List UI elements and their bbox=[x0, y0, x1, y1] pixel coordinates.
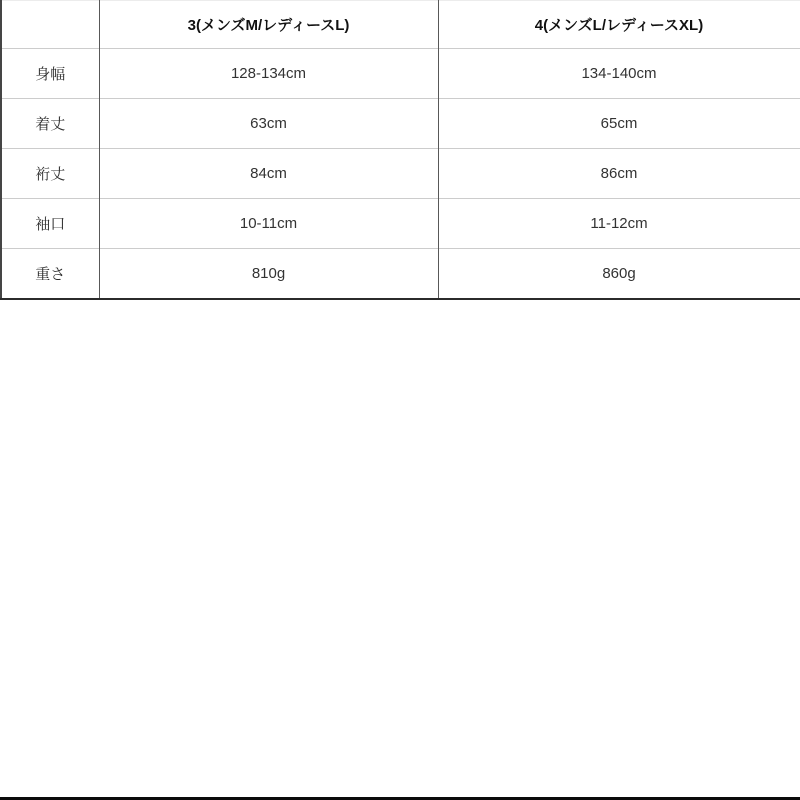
table-row-cuff: 袖口 10-11cm 11-12cm bbox=[1, 199, 800, 249]
size-table-body: 身幅 128-134cm 134-140cm 着丈 63cm 65cm 裄丈 8… bbox=[1, 49, 800, 300]
table-row-length: 着丈 63cm 65cm bbox=[1, 99, 800, 149]
cell-weight-size4: 860g bbox=[438, 249, 800, 300]
cell-sleeve-length-size4: 86cm bbox=[438, 149, 800, 199]
cell-cuff-size3: 10-11cm bbox=[99, 199, 438, 249]
header-row: 3(メンズM/レディースL) 4(メンズL/レディースXL) bbox=[1, 1, 800, 49]
header-size3-cell: 3(メンズM/レディースL) bbox=[99, 1, 438, 49]
size-chart-image: 3(メンズM/レディースL) 4(メンズL/レディースXL) 身幅 128-13… bbox=[0, 0, 800, 800]
cell-length-size4: 65cm bbox=[438, 99, 800, 149]
cell-body-width-size4: 134-140cm bbox=[438, 49, 800, 99]
size-spec-table: 3(メンズM/レディースL) 4(メンズL/レディースXL) 身幅 128-13… bbox=[0, 0, 800, 300]
row-label-cuff: 袖口 bbox=[1, 199, 99, 249]
table-row-body-width: 身幅 128-134cm 134-140cm bbox=[1, 49, 800, 99]
size-table-header: 3(メンズM/レディースL) 4(メンズL/レディースXL) bbox=[1, 1, 800, 49]
table-row-sleeve-length: 裄丈 84cm 86cm bbox=[1, 149, 800, 199]
cell-body-width-size3: 128-134cm bbox=[99, 49, 438, 99]
cell-cuff-size4: 11-12cm bbox=[438, 199, 800, 249]
cell-length-size3: 63cm bbox=[99, 99, 438, 149]
row-label-weight: 重さ bbox=[1, 249, 99, 300]
row-label-length: 着丈 bbox=[1, 99, 99, 149]
table-row-weight: 重さ 810g 860g bbox=[1, 249, 800, 300]
row-label-body-width: 身幅 bbox=[1, 49, 99, 99]
row-label-sleeve-length: 裄丈 bbox=[1, 149, 99, 199]
header-size4-cell: 4(メンズL/レディースXL) bbox=[438, 1, 800, 49]
cell-sleeve-length-size3: 84cm bbox=[99, 149, 438, 199]
cell-weight-size3: 810g bbox=[99, 249, 438, 300]
header-corner-cell bbox=[1, 1, 99, 49]
